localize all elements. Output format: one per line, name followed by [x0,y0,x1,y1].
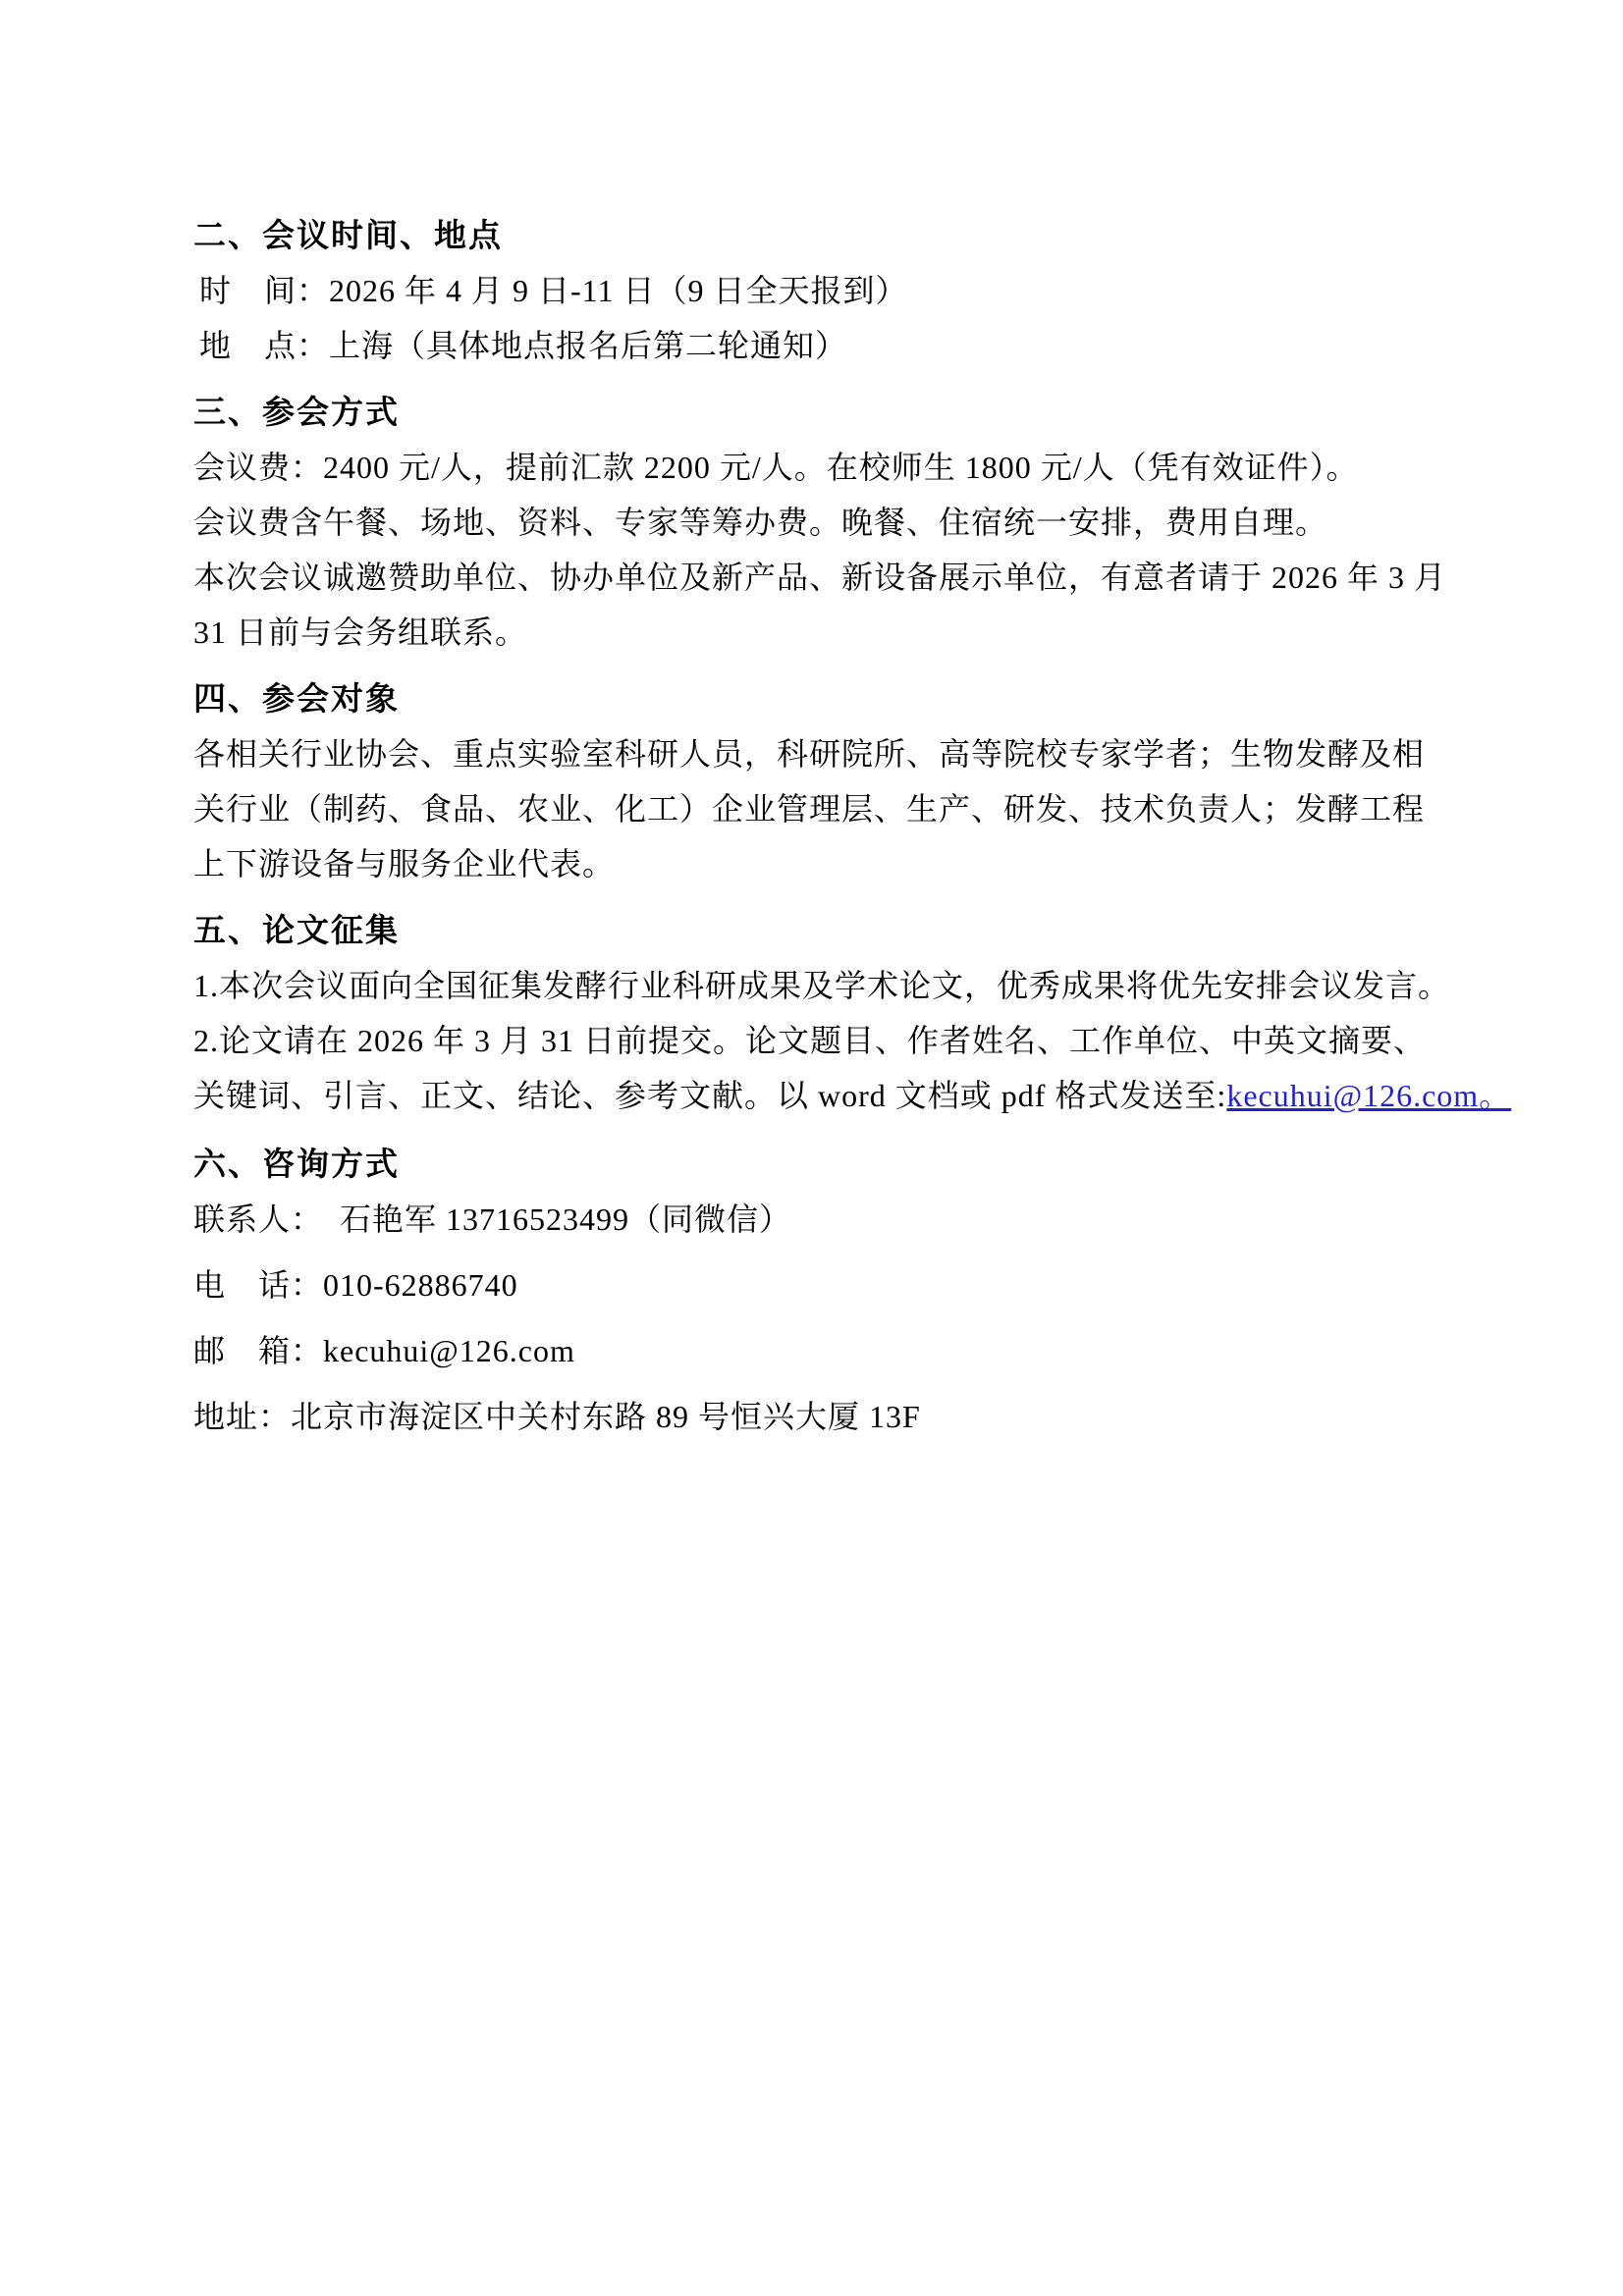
section-heading-participation: 三、参会方式 [193,385,1465,440]
section-heading-paper-call: 五、论文征集 [193,903,1465,958]
document-body: 二、会议时间、地点 时 间：2026 年 4 月 9 日-11 日（9 日全天报… [193,208,1465,1455]
paragraph-line-paper-1: 1.本次会议面向全国征集发酵行业科研成果及学术论文，优秀成果将优先安排会议发言。 [193,958,1465,1013]
paragraph-line-attendees-1: 各相关行业协会、重点实验室科研人员，科研院所、高等院校专家学者；生物发酵及相 [193,726,1465,781]
email-link[interactable]: kecuhui@126.com。 [1226,1078,1511,1113]
section-heading-meeting-time-place: 二、会议时间、地点 [193,208,1465,263]
paragraph-line-time: 时 间：2026 年 4 月 9 日-11 日（9 日全天报到） [193,263,1465,318]
section-heading-attendees: 四、参会对象 [193,671,1465,726]
contact-line-person: 联系人： 石艳军 13716523499（同微信） [193,1192,1465,1247]
paragraph-line-fee-includes: 会议费含午餐、场地、资料、专家等筹办费。晚餐、住宿统一安排，费用自理。 [193,495,1465,550]
contact-line-address: 地址：北京市海淀区中关村东路 89 号恒兴大厦 13F [193,1389,1465,1444]
section-heading-contact: 六、咨询方式 [193,1137,1465,1192]
paragraph-line-sponsor: 本次会议诚邀赞助单位、协办单位及新产品、新设备展示单位，有意者请于 2026 年… [193,550,1465,605]
paragraph-line-attendees-3: 上下游设备与服务企业代表。 [193,836,1465,891]
paragraph-line-paper-3: 关键词、引言、正文、结论、参考文献。以 word 文档或 pdf 格式发送至:k… [193,1068,1465,1123]
contact-line-email: 邮 箱：kecuhui@126.com [193,1323,1465,1378]
paragraph-line-sponsor-cont: 31 日前与会务组联系。 [193,605,1465,660]
paper-submit-text: 关键词、引言、正文、结论、参考文献。以 word 文档或 pdf 格式发送至: [193,1078,1226,1113]
paragraph-line-place: 地 点：上海（具体地点报名后第二轮通知） [193,318,1465,373]
contact-line-phone: 电 话：010-62886740 [193,1257,1465,1312]
paragraph-line-fee: 会议费：2400 元/人，提前汇款 2200 元/人。在校师生 1800 元/人… [193,440,1465,495]
paragraph-line-paper-2: 2.论文请在 2026 年 3 月 31 日前提交。论文题目、作者姓名、工作单位… [193,1013,1465,1068]
paragraph-line-attendees-2: 关行业（制药、食品、农业、化工）企业管理层、生产、研发、技术负责人；发酵工程 [193,781,1465,836]
document-page: 二、会议时间、地点 时 间：2026 年 4 月 9 日-11 日（9 日全天报… [0,0,1623,2296]
